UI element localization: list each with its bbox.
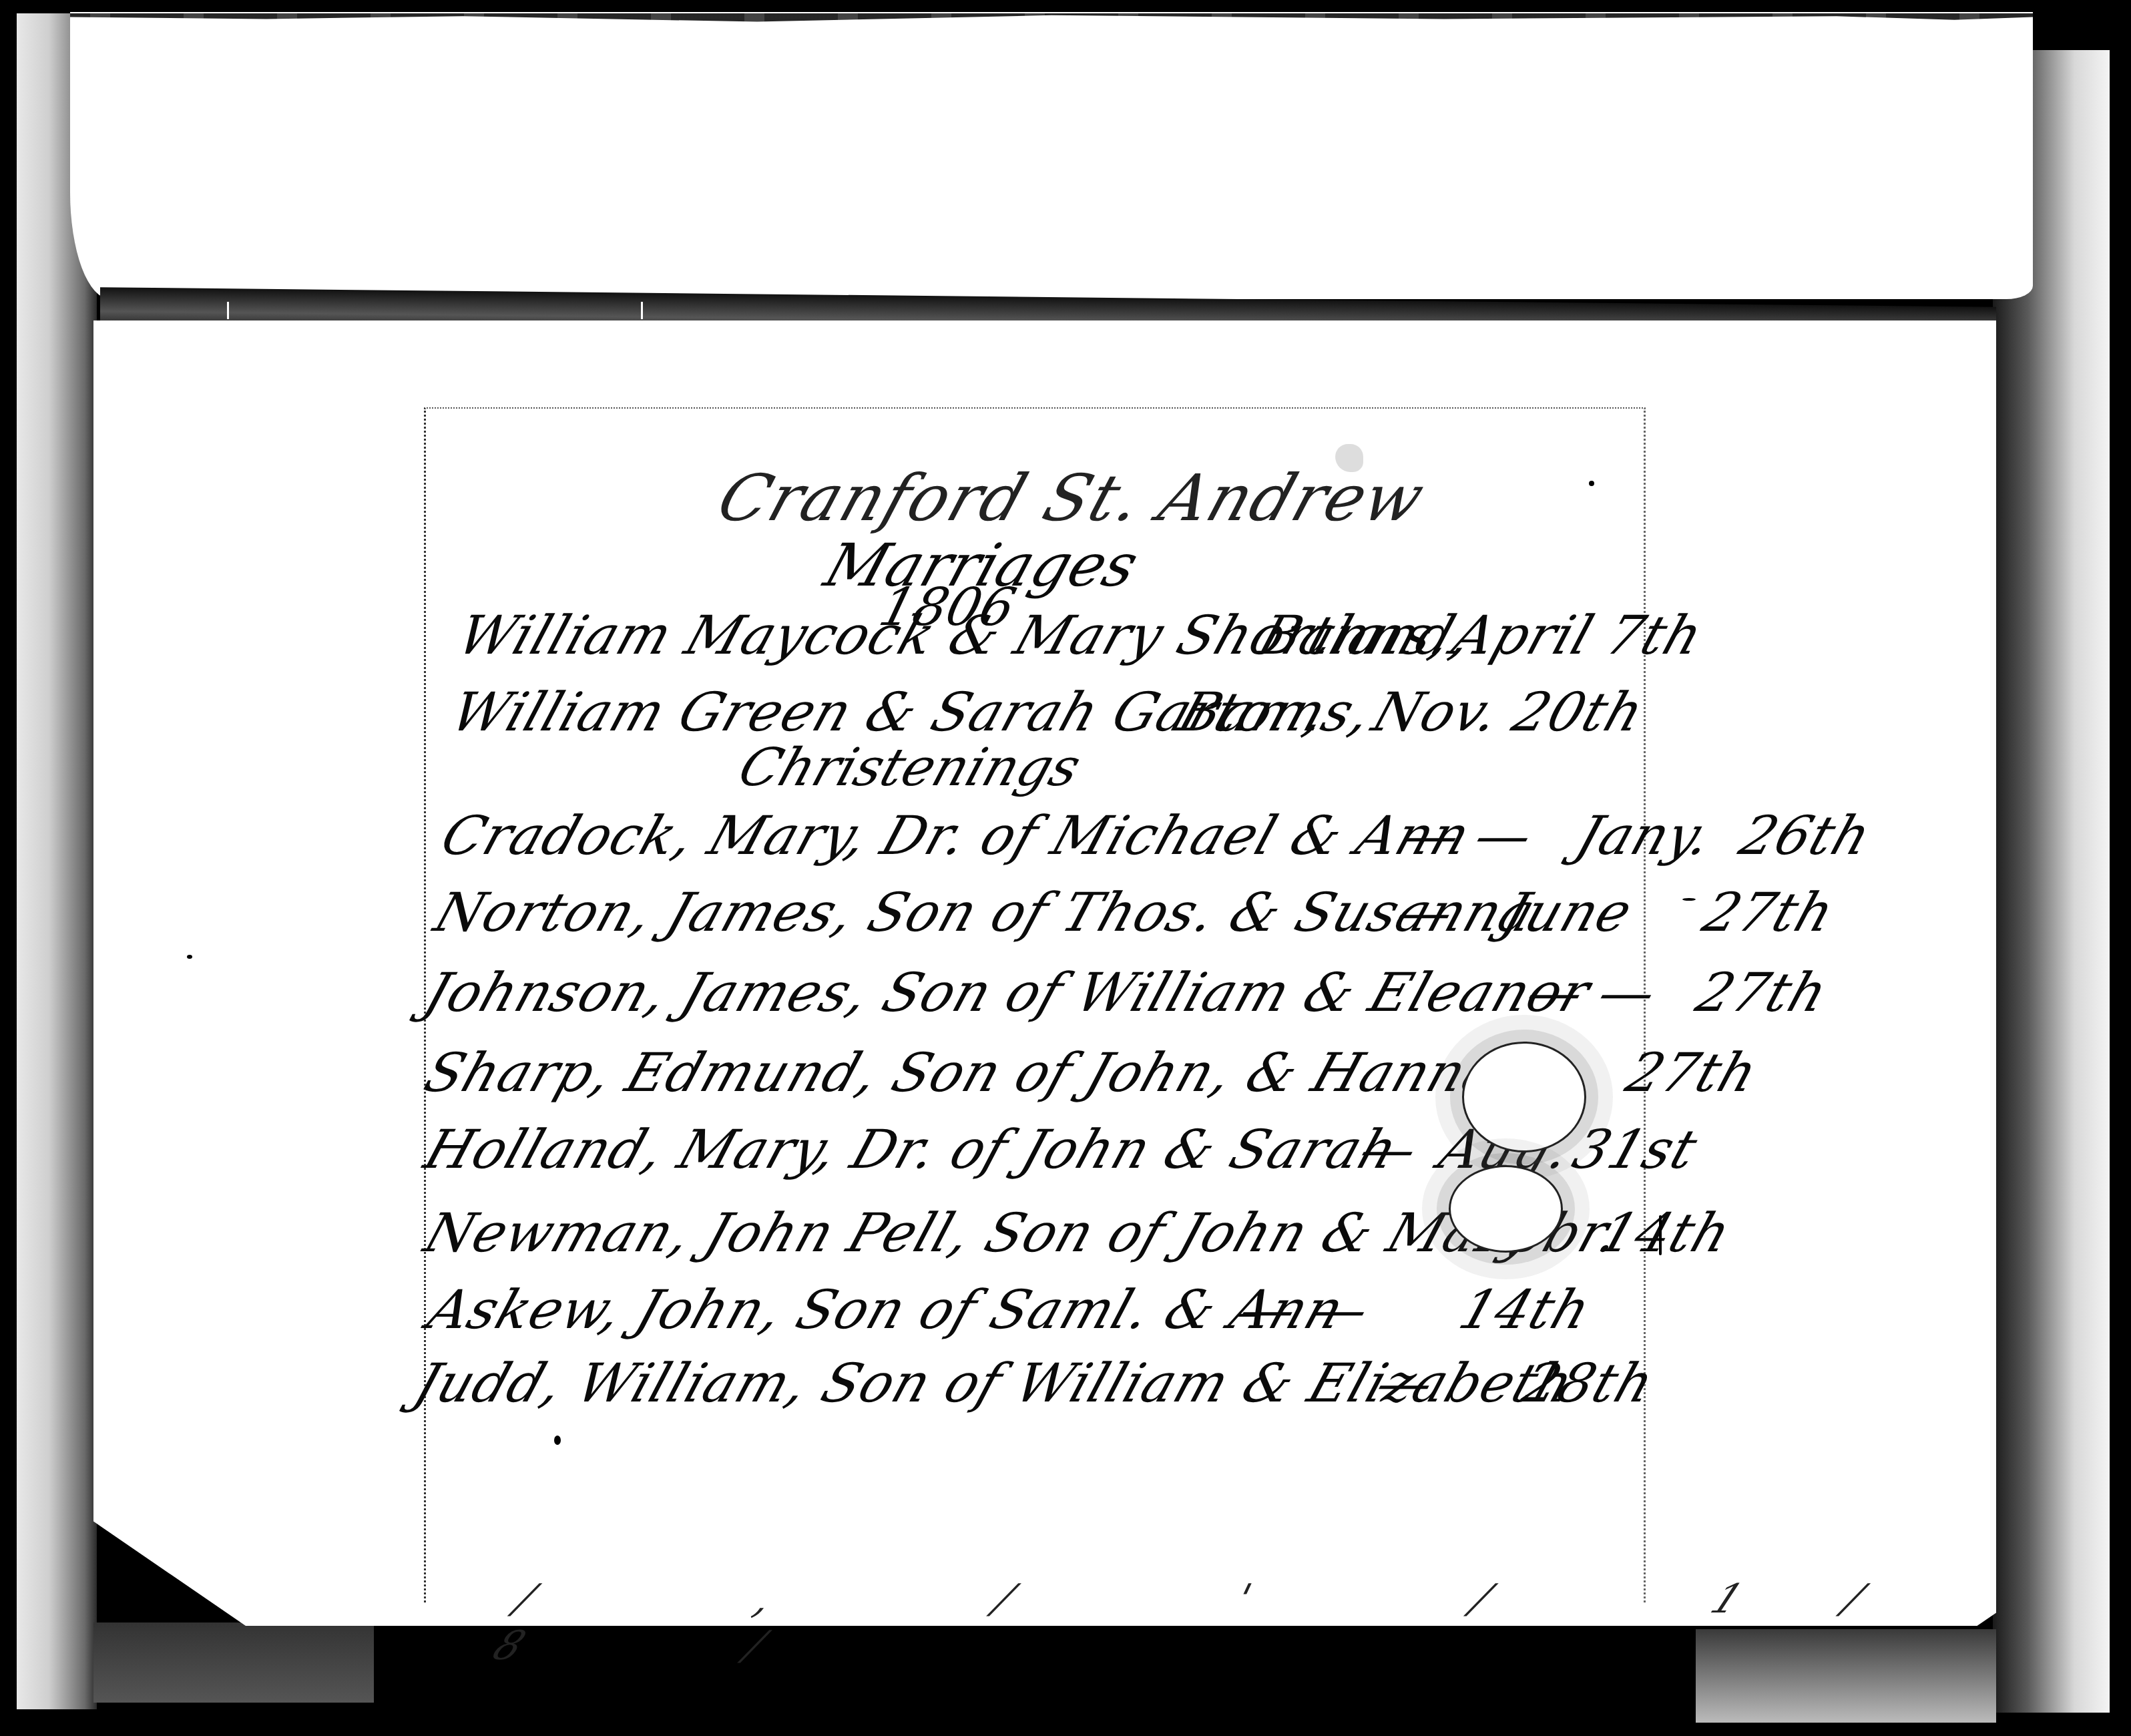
parish-title: Cranford St. Andrew [709, 461, 1435, 535]
water-stain [1449, 1165, 1563, 1253]
christening-month: Jany. [1569, 805, 1720, 867]
marriage-date: Nov. 20th [1365, 681, 1652, 743]
christening-name: Askew, John, Son of Saml. & Ann [421, 1279, 1352, 1341]
marriage-date: April 7th [1445, 604, 1711, 666]
christening-day: 28th [1515, 1352, 1662, 1414]
christening-entry: Cradock, Mary, Dr. of Michael & Ann — — … [434, 805, 1478, 867]
water-stain [1462, 1042, 1586, 1152]
marriage-entry: William Green & Sarah Garton, Banns, Nov… [444, 681, 1335, 743]
christening-entry: Sharp, Edmund, Son of John, & Hannah — 2… [417, 1042, 1542, 1104]
faded-bottom-text: / , / ' / 1/ 8 / [485, 1576, 2131, 1669]
christening-entry: Holland, Mary, Dr. of John & Sarah — Aug… [417, 1118, 1406, 1180]
christening-day: 26th [1732, 805, 1879, 867]
ink-speck [1659, 1215, 1662, 1255]
christening-separator: — — [1519, 961, 1665, 1024]
christenings-heading: Christenings [731, 738, 1088, 798]
christening-month: June [1495, 881, 1640, 943]
christening-day: 14th [1452, 1279, 1599, 1341]
christening-name: Sharp, Edmund, Son of John, & Hannah [417, 1042, 1542, 1104]
binding-stitch [227, 302, 229, 319]
marriage-type: Banns, [1252, 604, 1460, 666]
christening-entry: Johnson, James, Son of William & Eleanor… [417, 961, 1598, 1024]
christening-separator: — — [1232, 1279, 1378, 1341]
ink-speck [187, 955, 192, 959]
christening-name: Norton, James, Son of Thos. & Susanna [427, 881, 1544, 943]
christening-day: 14th [1592, 1202, 1739, 1264]
christening-entry: Askew, John, Son of Saml. & Ann — — 14th [421, 1279, 1352, 1341]
binding-stitch [641, 302, 643, 319]
christening-separator: — — [1395, 805, 1542, 867]
bottom-left-shadow [93, 1622, 374, 1703]
christening-day: 31st [1566, 1118, 1705, 1180]
christening-name: Cradock, Mary, Dr. of Michael & Ann [434, 805, 1478, 867]
christening-name: Newman, John Pell, Son of John & Mary [417, 1202, 1545, 1264]
christening-name: Johnson, James, Son of William & Eleanor [417, 961, 1598, 1024]
christening-day: 27th [1619, 1042, 1766, 1104]
ink-speck [1682, 898, 1696, 901]
christening-name: Holland, Mary, Dr. of John & Sarah [417, 1118, 1406, 1180]
marriage-entry: William Maycock & Mary Shortland, Banns,… [451, 604, 1481, 666]
marriage-type: Banns, [1172, 681, 1380, 743]
ink-speck [1589, 481, 1594, 486]
ink-speck [554, 1436, 561, 1445]
christening-entry: Newman, John Pell, Son of John & Mary Fe… [417, 1202, 1545, 1264]
christening-day: 27th [1689, 961, 1836, 1024]
christening-entry: Norton, James, Son of Thos. & Susanna — … [427, 881, 1544, 943]
top-page-sheet [70, 12, 2033, 299]
christening-entry: Judd, William, Son of William & Elizabet… [407, 1352, 1582, 1414]
right-film-edge [1993, 50, 2110, 1713]
christening-day: 27th [1696, 881, 1843, 943]
